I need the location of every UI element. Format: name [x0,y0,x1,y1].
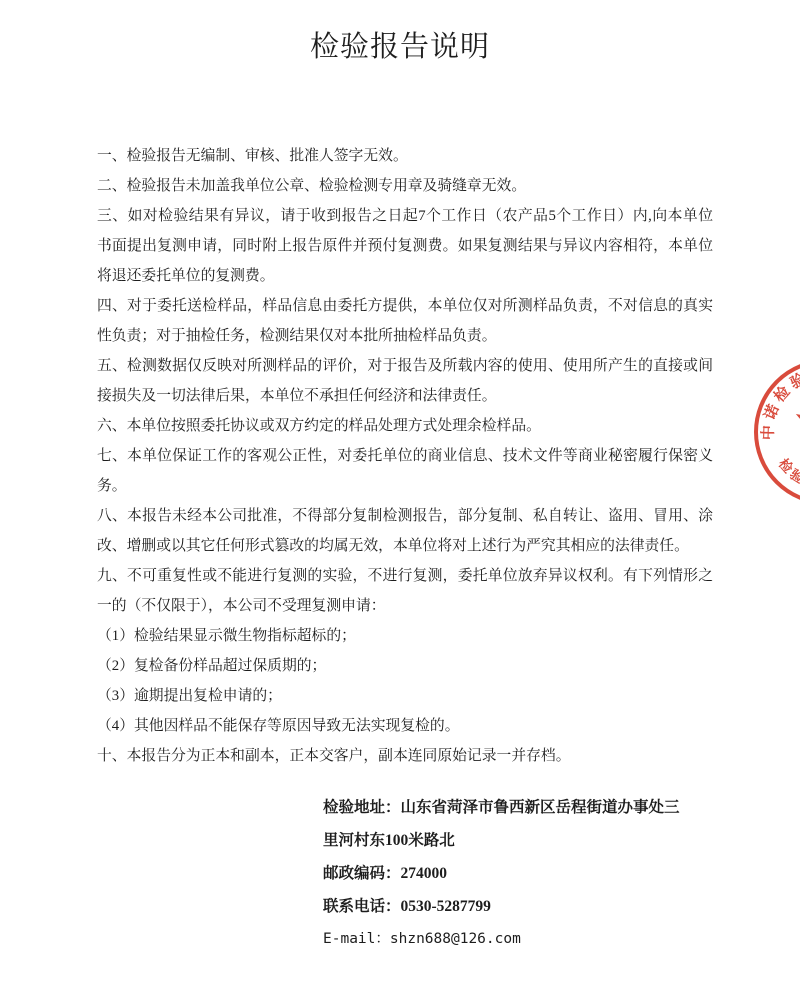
note-line: 一的（不仅限于），本公司不受理复测申请： [97,591,713,621]
report-notes: 一、检验报告无编制、审核、批准人签字无效。 二、检验报告未加盖我单位公章、检验检… [97,141,713,771]
note-line: 八、本报告未经本公司批准，不得部分复制检测报告，部分复制、私自转让、盗用、冒用、… [97,501,713,531]
inspection-address-line: 里河村东100米路北 [323,824,680,857]
note-sub-line: （2）复检备份样品超过保质期的； [97,651,713,681]
note-line: 三、如对检验结果有异议，请于收到报告之日起7个工作日（农产品5个工作日）内,向本… [97,201,713,231]
stamp-bottom-arc-text: 检验检测专用章 [776,455,800,493]
note-sub-line: （3）逾期提出复检申请的； [97,681,713,711]
svg-text:中诺检验检测: 中诺检验检测 [760,364,800,441]
note-line: 接损失及一切法律后果，本单位不承担任何经济和法律责任。 [97,381,713,411]
note-line: 五、检测数据仅反映对所测样品的评价，对于报告及所载内容的使用、使用所产生的直接或… [97,351,713,381]
postal-code-line: 邮政编码：274000 [323,857,680,890]
note-line: 七、本单位保证工作的客观公正性，对委托单位的商业信息、技术文件等商业秘密履行保密… [97,441,713,471]
contact-block: 检验地址：山东省菏泽市鲁西新区岳程街道办事处三 里河村东100米路北 邮政编码：… [323,791,680,956]
note-line: 务。 [97,471,713,501]
note-line: 十、本报告分为正本和副本，正本交客户，副本连同原始记录一并存档。 [97,741,713,771]
note-line: 性负责；对于抽检任务，检测结果仅对本批所抽检样品负责。 [97,321,713,351]
note-sub-line: （4）其他因样品不能保存等原因导致无法实现复检的。 [97,711,713,741]
note-line: 一、检验报告无编制、审核、批准人签字无效。 [97,141,713,171]
stamp-star-icon [787,390,800,468]
official-stamp: 中诺检验检测 检验检测专用章 [741,350,800,520]
phone-line: 联系电话：0530-5287799 [323,890,680,923]
page-title: 检验报告说明 [0,24,800,65]
email-line: E-mail：shzn688@126.com [323,923,680,956]
stamp-company-arc-text: 中诺检验检测 [760,364,800,441]
inspection-address-line: 检验地址：山东省菏泽市鲁西新区岳程街道办事处三 [323,791,680,824]
note-line: 将退还委托单位的复测费。 [97,261,713,291]
note-line: 书面提出复测申请，同时附上报告原件并预付复测费。如果复测结果与异议内容相符，本单… [97,231,713,261]
note-line: 二、检验报告未加盖我单位公章、检验检测专用章及骑缝章无效。 [97,171,713,201]
document-page: 检验报告说明 一、检验报告无编制、审核、批准人签字无效。 二、检验报告未加盖我单… [0,0,800,998]
note-line: 六、本单位按照委托协议或双方约定的样品处理方式处理余检样品。 [97,411,713,441]
note-line: 改、增删或以其它任何形式篡改的均属无效，本单位将对上述行为严究其相应的法律责任。 [97,531,713,561]
stamp-border-circle [756,361,800,503]
svg-text:检验检测专用章: 检验检测专用章 [776,455,800,493]
note-sub-line: （1）检验结果显示微生物指标超标的； [97,621,713,651]
note-line: 四、对于委托送检样品，样品信息由委托方提供，本单位仅对所测样品负责，不对信息的真… [97,291,713,321]
note-line: 九、不可重复性或不能进行复测的实验，不进行复测，委托单位放弃异议权利。有下列情形… [97,561,713,591]
